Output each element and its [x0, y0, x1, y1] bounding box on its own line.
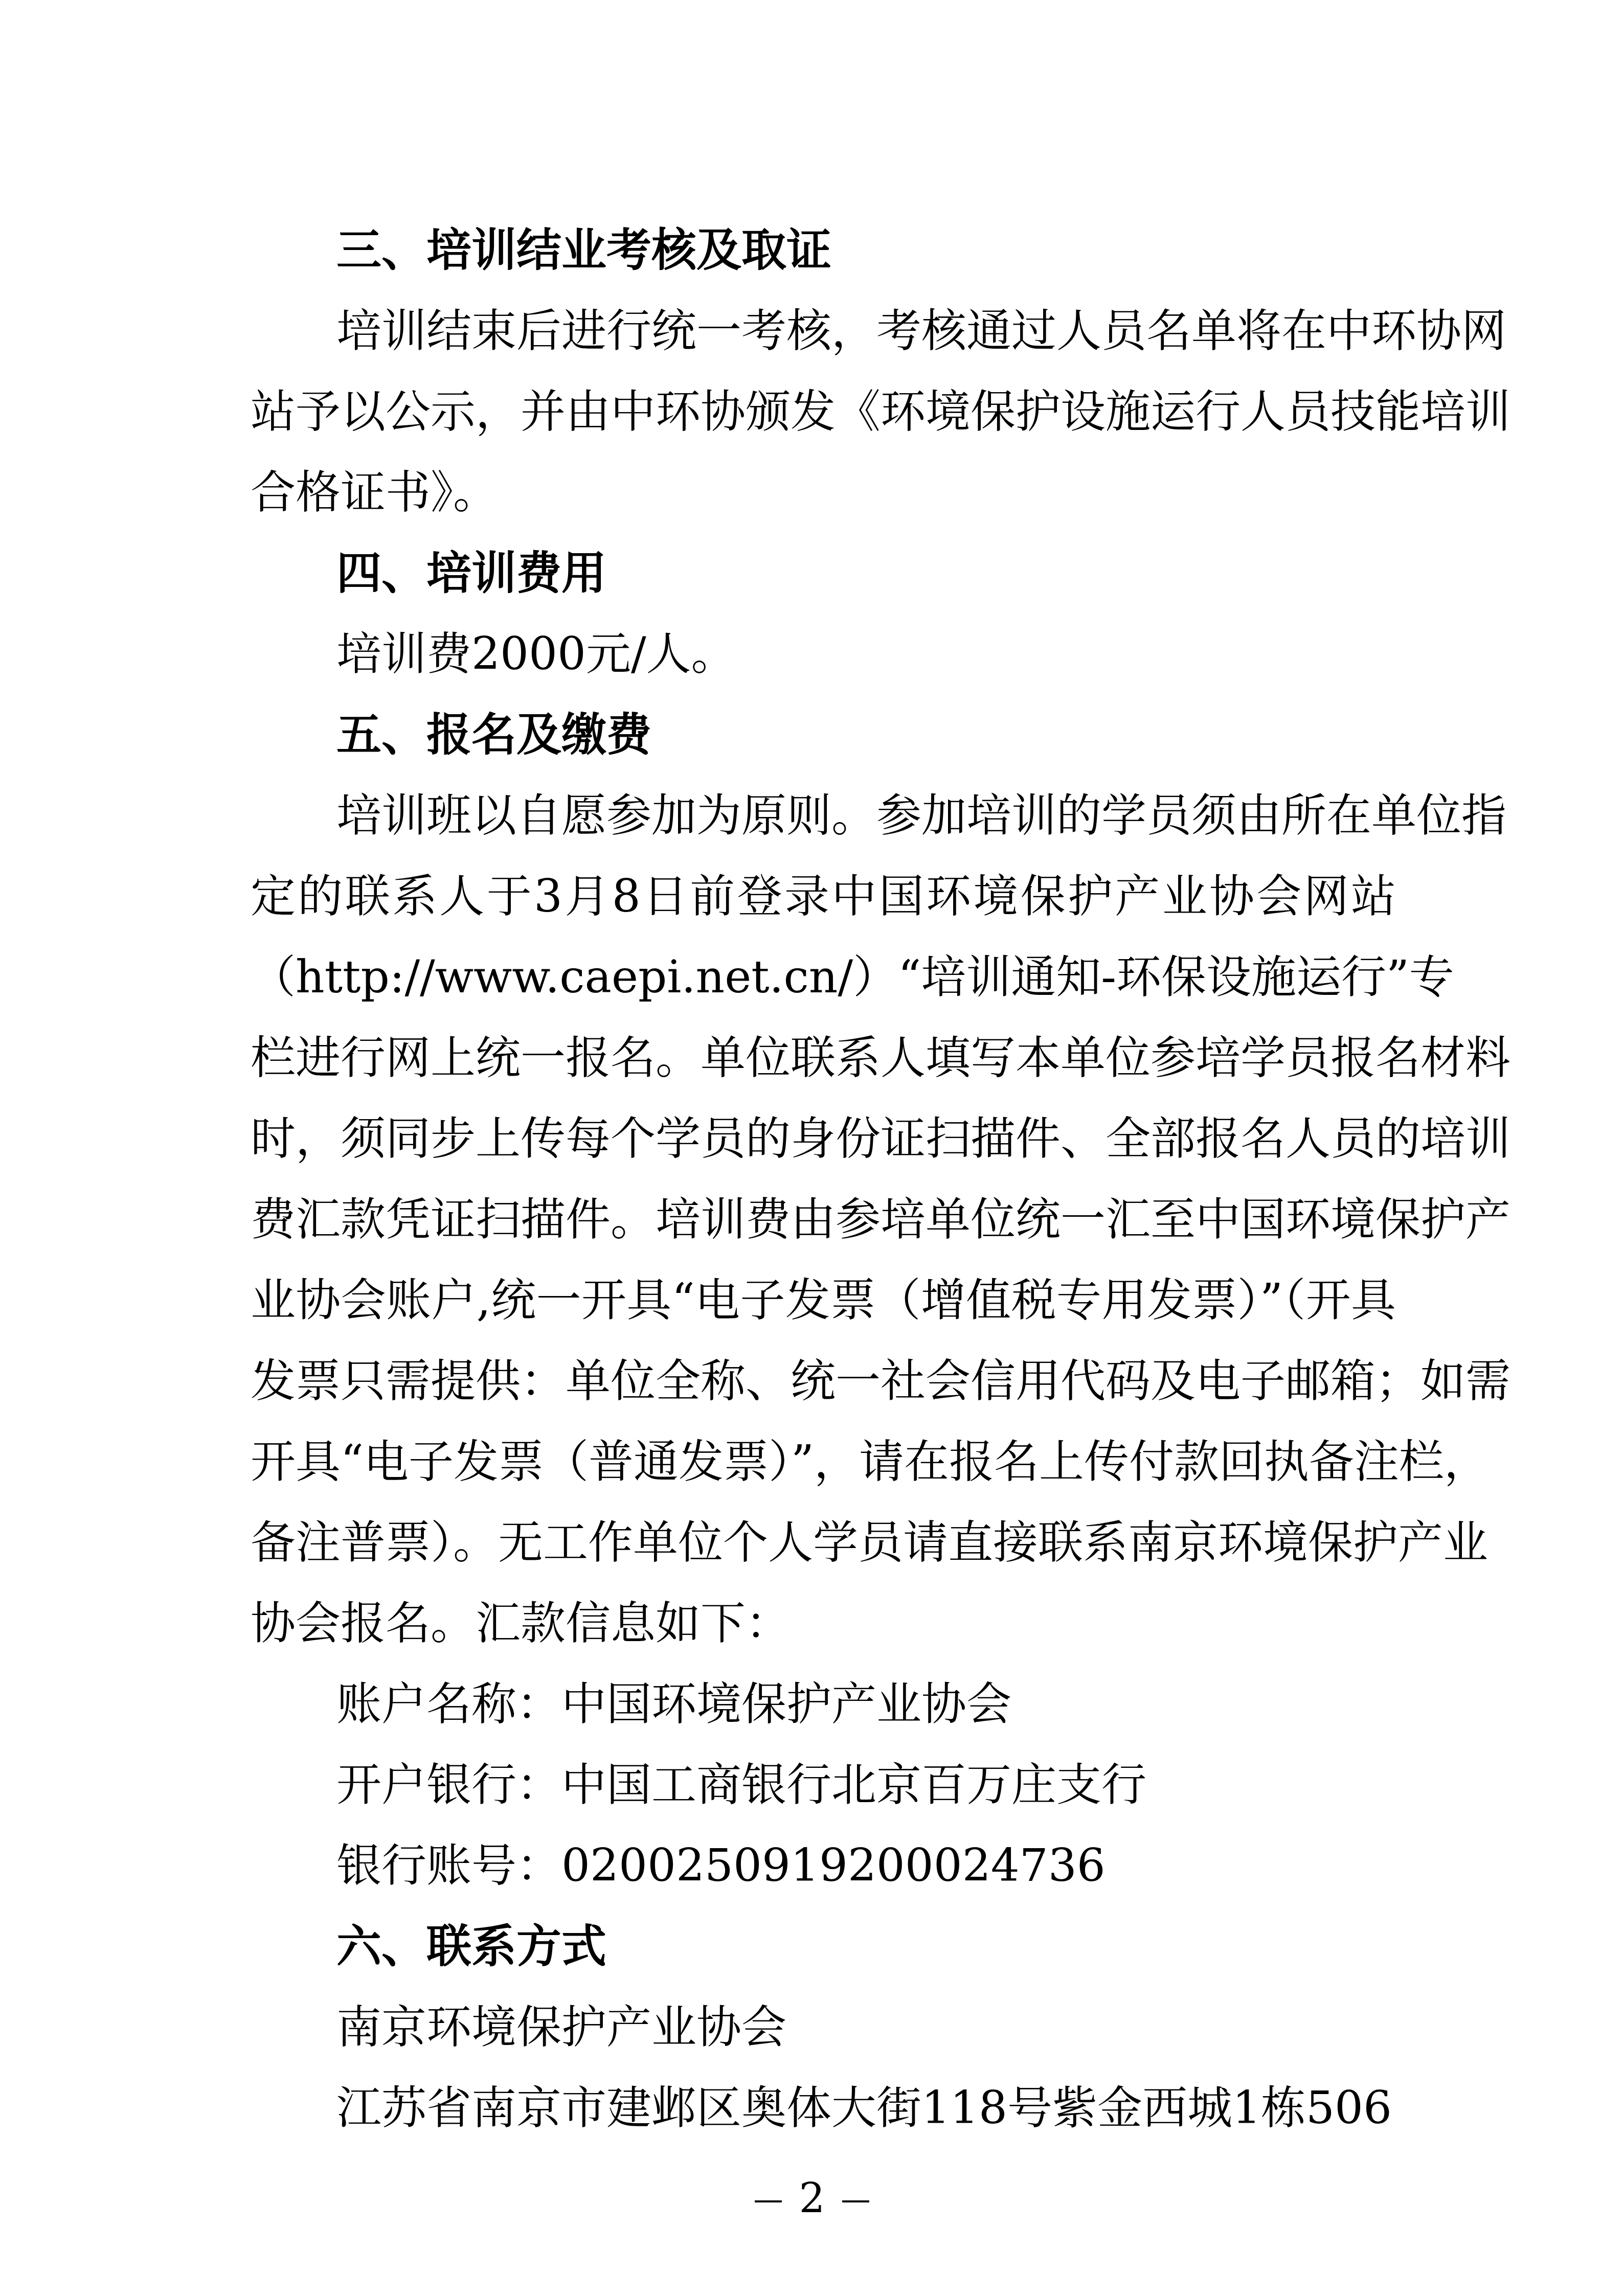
- contact-organization: 南京环境保护产业协会: [251, 1987, 1396, 2067]
- paragraph-line: 培训结束后进行统一考核，考核通过人员名单将在中环协网: [251, 290, 1396, 371]
- paragraph-line: 协会报名。汇款信息如下：: [251, 1583, 1396, 1664]
- paragraph-line: 开具“电子发票（普通发票）”，请在报名上传付款回执备注栏，: [251, 1421, 1396, 1502]
- dash-right-icon: [842, 2200, 869, 2202]
- account-name: 账户名称：中国环境保护产业协会: [251, 1664, 1396, 1744]
- account-number: 银行账号：0200250919200024736: [251, 1825, 1396, 1906]
- section-heading-registration: 五、报名及缴费: [251, 694, 1396, 775]
- section-heading-contact: 六、联系方式: [251, 1906, 1396, 1987]
- section-heading-assessment: 三、培训结业考核及取证: [251, 210, 1396, 290]
- paragraph-line: 时，须同步上传每个学员的身份证扫描件、全部报名人员的培训: [251, 1098, 1396, 1179]
- paragraph-line: 合格证书》。: [251, 452, 1396, 533]
- bank-name: 开户银行：中国工商银行北京百万庄支行: [251, 1744, 1396, 1825]
- paragraph-line: 费汇款凭证扫描件。培训费由参培单位统一汇至中国环境保护产: [251, 1179, 1396, 1260]
- fee-line: 培训费2000元/人。: [251, 613, 1396, 694]
- paragraph-line: 发票只需提供：单位全称、统一社会信用代码及电子邮箱；如需: [251, 1340, 1396, 1421]
- document-page: 三、培训结业考核及取证 培训结束后进行统一考核，考核通过人员名单将在中环协网 站…: [251, 210, 1396, 2148]
- paragraph-line: 站予以公示，并由中环协颁发《环境保护设施运行人员技能培训: [251, 371, 1396, 452]
- paragraph-line: 栏进行网上统一报名。单位联系人填写本单位参培学员报名材料: [251, 1017, 1396, 1098]
- contact-address: 江苏省南京市建邺区奥体大街118号紫金西城1栋506: [251, 2067, 1396, 2148]
- paragraph-line: 业协会账户,统一开具“电子发票（增值税专用发票）”（开具: [251, 1260, 1396, 1340]
- paragraph-line: 备注普票）。无工作单位个人学员请直接联系南京环境保护产业: [251, 1502, 1396, 1583]
- section-heading-fees: 四、培训费用: [251, 533, 1396, 613]
- page-footer: 2: [0, 2168, 1624, 2229]
- paragraph-line: 定的联系人于3月8日前登录中国环境保护产业协会网站: [251, 856, 1396, 937]
- dash-left-icon: [755, 2200, 782, 2202]
- paragraph-line-url: （http://www.caepi.net.cn/）“培训通知-环保设施运行”专: [251, 937, 1396, 1017]
- paragraph-line: 培训班以自愿参加为原则。参加培训的学员须由所在单位指: [251, 775, 1396, 856]
- page-number: 2: [799, 2174, 825, 2222]
